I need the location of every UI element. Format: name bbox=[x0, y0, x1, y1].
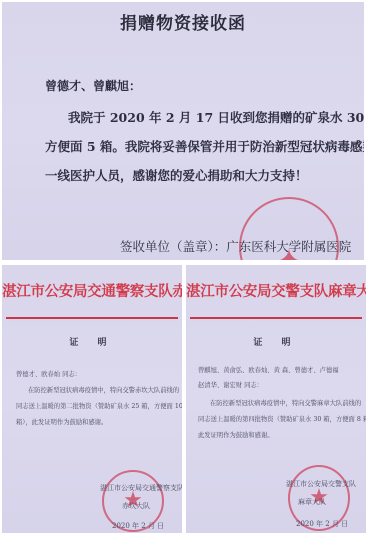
letter-signature: 签收单位（盖章）：广东医科大学附属医院 bbox=[120, 237, 351, 255]
chikan-certificate: 湛江市公安局交通警察支队赤坎大队 证 明 曾德才、欧春灿 同志： 在防控新型冠状… bbox=[2, 265, 182, 533]
letter-body-line: 一线医护人员，感谢您的爱心捐助和大力支持！ bbox=[45, 166, 308, 184]
certificate-date: 2020 年 2 月 日 bbox=[296, 519, 348, 529]
certificate-date: 2020 年 2 月 日 bbox=[112, 521, 164, 531]
letter-body-line: 我院于 2020 年 2 月 17 日收到您捐赠的矿泉水 30 箱、 bbox=[68, 108, 364, 126]
donation-receipt-letter: 捐赠物资接收函 曾德才、曾麒旭： 我院于 2020 年 2 月 17 日收到您捐… bbox=[2, 2, 364, 260]
certificate-body-line: 此发证明作为鼓励和感谢。 bbox=[198, 430, 358, 439]
certificate-salutation: 赵清华、谢宏财 同志： bbox=[198, 380, 358, 389]
certificate-body-line: 在防控新型冠状病毒疫情中，特向交警赤坎大队前线的 bbox=[28, 385, 174, 394]
certificate-title: 证 明 bbox=[186, 335, 366, 348]
header-divider bbox=[190, 317, 362, 319]
certificate-salutation: 曾麒旭、黄俞弘、欧春灿、黄 森、曾德才、卢德福 bbox=[198, 365, 358, 374]
certificate-signature: 湛江市公安局交警支队 bbox=[286, 479, 356, 489]
certificate-title: 证 明 bbox=[2, 335, 182, 348]
certificate-signature-unit: 赤坎大队 bbox=[122, 501, 150, 511]
certificate-signature-unit: 麻章大队 bbox=[298, 497, 326, 507]
certificate-salutation: 曾德才、欧春灿 同志： bbox=[16, 369, 174, 378]
letter-body-line: 方便面 5 箱。我院将妥善保管并用于防治新型冠状病毒感染 bbox=[45, 137, 364, 155]
letter-title: 捐赠物资接收函 bbox=[2, 9, 364, 34]
certificate-header: 湛江市公安局交警支队麻章大队 bbox=[186, 280, 366, 301]
letter-salutation: 曾德才、曾麒旭： bbox=[45, 77, 141, 94]
certificate-body-line: 箱），此发证明作为鼓励和感谢。 bbox=[16, 417, 174, 426]
certificate-body-line: 同志送上温暖的第二批物资（赞助矿泉水 25 箱，方便面 10 bbox=[16, 401, 174, 410]
certificate-body-line: 在防控新型冠状病毒疫情中，特向交警麻章大队前线的 bbox=[210, 398, 358, 407]
certificate-body-line: 同志送上温暖的第四批物资（赞助矿泉水 30 箱，方便面 8 箱）， bbox=[198, 414, 358, 423]
header-divider bbox=[6, 317, 178, 319]
certificate-header: 湛江市公安局交通警察支队赤坎大队 bbox=[2, 280, 182, 301]
mazhang-certificate: 湛江市公安局交警支队麻章大队 证 明 曾麒旭、黄俞弘、欧春灿、黄 森、曾德才、卢… bbox=[186, 265, 366, 533]
certificate-signature: 湛江市公安局交通警察支队 bbox=[100, 483, 182, 493]
